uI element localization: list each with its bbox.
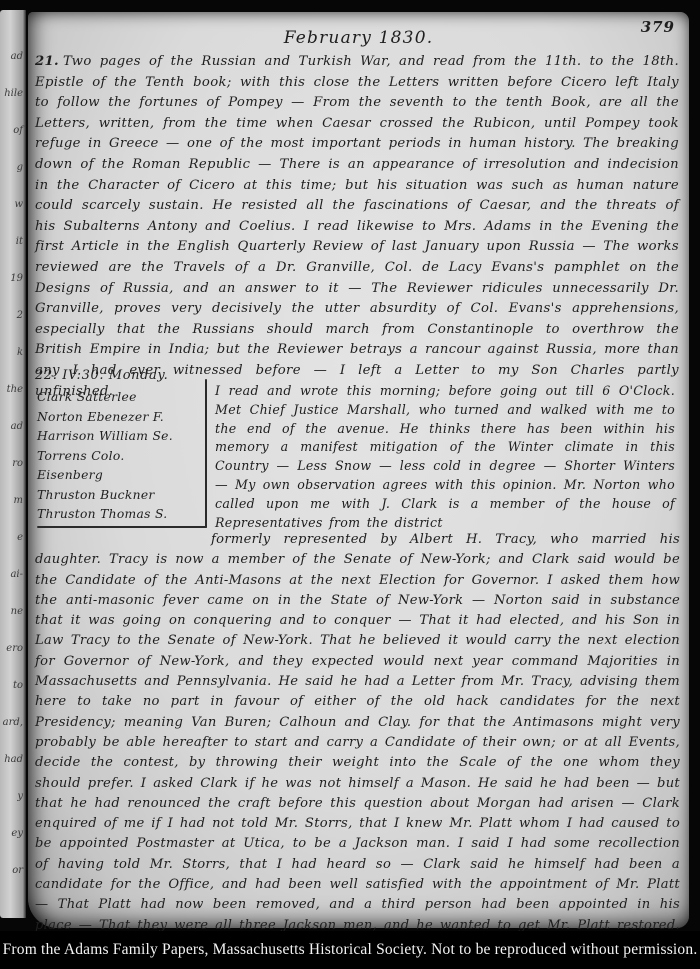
edge-text-fragment: ard, bbox=[3, 718, 23, 728]
archive-credit-bar: From the Adams Family Papers, Massachuse… bbox=[0, 931, 700, 969]
visitor-name: Thruston Thomas S. bbox=[37, 505, 199, 525]
facing-page-edge: adhileofgwit192ktheadromeai-neerotoard,h… bbox=[0, 10, 26, 918]
edge-text-fragment: it bbox=[16, 237, 23, 247]
edge-text-fragment: ad bbox=[11, 52, 23, 62]
edge-text-fragment: 2 bbox=[17, 311, 23, 321]
edge-text-fragment: e bbox=[17, 533, 23, 543]
visitor-name: Clark Satterlee bbox=[37, 388, 199, 408]
edge-text-fragment: or bbox=[12, 866, 23, 876]
edge-text-fragment: m bbox=[14, 496, 23, 506]
edge-text-fragment: of bbox=[13, 126, 23, 136]
edge-text-fragment: had bbox=[4, 755, 23, 765]
visitor-list-bracket-line bbox=[205, 379, 207, 528]
visitor-name: Thruston Buckner bbox=[37, 486, 199, 506]
entry-22-paragraph-beside-names: I read and wrote this morning; before go… bbox=[215, 382, 675, 532]
visitor-name-list: Clark SatterleeNorton Ebenezer F.Harriso… bbox=[37, 388, 199, 525]
diary-page: 379 February 1830. 21.Two pages of the R… bbox=[28, 12, 689, 928]
edge-text-fragment: ad bbox=[11, 422, 23, 432]
edge-text-fragment: g bbox=[17, 163, 23, 173]
edge-text-fragment: ero bbox=[6, 644, 23, 654]
edge-text-fragment: ne bbox=[11, 607, 23, 617]
archive-credit-line: From the Adams Family Papers, Massachuse… bbox=[3, 941, 698, 959]
manuscript-scan: adhileofgwit192ktheadromeai-neerotoard,h… bbox=[0, 0, 700, 969]
edge-text-fragment: y bbox=[17, 792, 23, 802]
entry-body-text: Two pages of the Russian and Turkish War… bbox=[35, 54, 679, 399]
edge-text-fragment: ey bbox=[11, 829, 23, 839]
visitor-name: Norton Ebenezer F. bbox=[37, 408, 199, 428]
edge-text-fragment: ai- bbox=[10, 570, 23, 580]
edge-text-fragment: w bbox=[14, 200, 23, 210]
entry-february-22-heading: 22. IV:30. Monday. bbox=[35, 368, 168, 383]
visitor-list-closing-rule bbox=[37, 526, 207, 528]
edge-text-fragment: ro bbox=[12, 459, 23, 469]
visitor-name: Harrison William Se. bbox=[37, 427, 199, 447]
entry-february-21: 21.Two pages of the Russian and Turkish … bbox=[35, 52, 679, 402]
edge-text-fragment: k bbox=[17, 348, 23, 358]
edge-text-fragment: hile bbox=[4, 89, 23, 99]
visitor-name: Eisenberg bbox=[37, 466, 199, 486]
entry-day-label: 21. bbox=[35, 54, 63, 69]
edge-text-fragment: to bbox=[13, 681, 23, 691]
entry-22-paragraph-continued: formerly represented by Albert H. Tracy,… bbox=[35, 530, 680, 956]
visitor-name: Torrens Colo. bbox=[37, 447, 199, 467]
page-header-date: February 1830. bbox=[28, 28, 689, 48]
edge-text-fragment: 19 bbox=[10, 274, 23, 284]
edge-text-fragment: the bbox=[7, 385, 23, 395]
